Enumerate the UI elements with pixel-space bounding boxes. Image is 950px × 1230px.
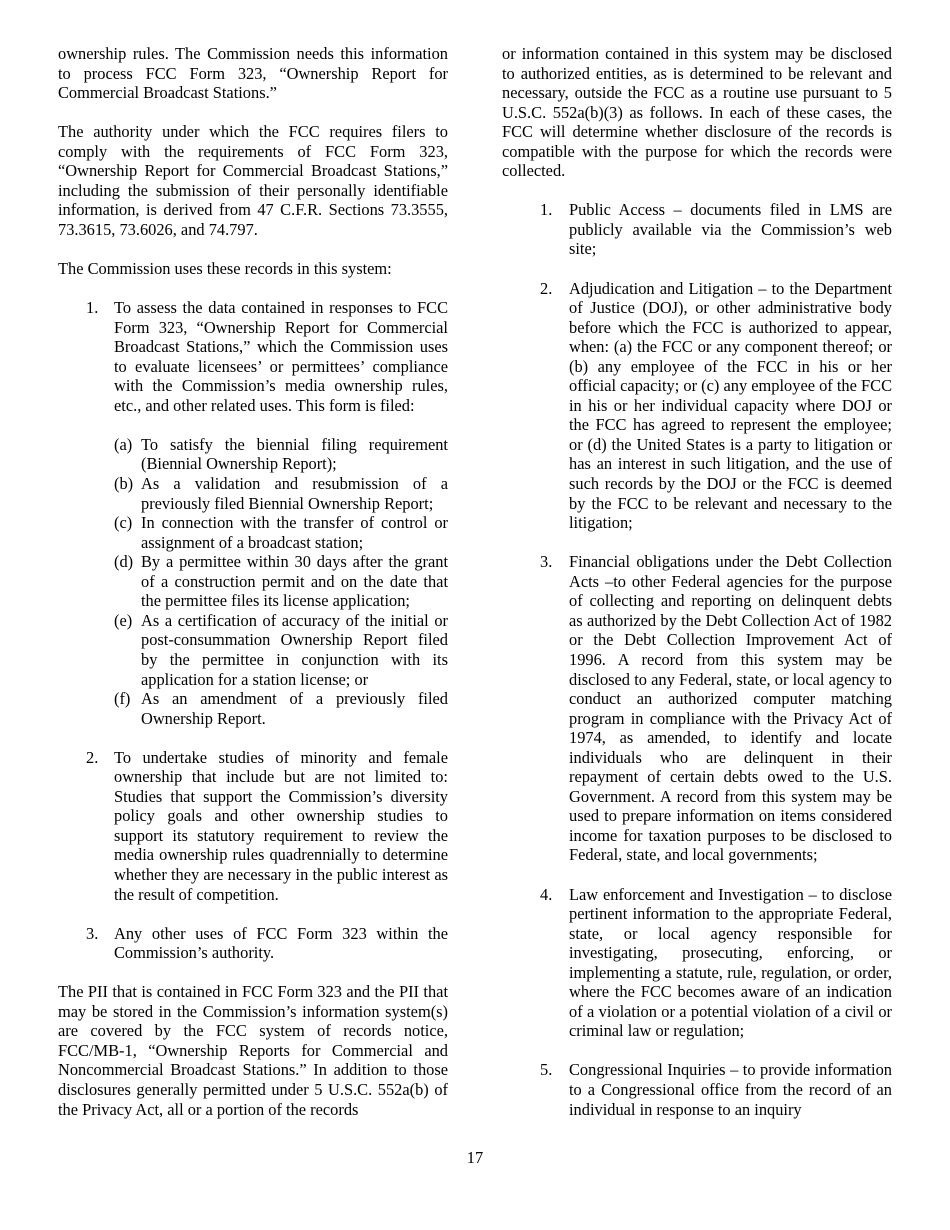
- list-item: (d) By a permittee within 30 days after …: [58, 552, 448, 611]
- two-column-layout: ownership rules. The Commission needs th…: [0, 0, 950, 1139]
- list-item: 3. Financial obligations under the Debt …: [502, 552, 892, 865]
- list-item: (a) To satisfy the biennial filing requi…: [58, 435, 448, 474]
- list-item: 1. To assess the data contained in respo…: [58, 298, 448, 415]
- list-marker: 3.: [86, 924, 114, 963]
- list-text: To undertake studies of minority and fem…: [114, 748, 448, 904]
- list-text: Adjudication and Litigation – to the Dep…: [569, 279, 892, 533]
- list-marker: (a): [114, 435, 141, 474]
- list-marker: 2.: [540, 279, 569, 533]
- list-marker: 3.: [540, 552, 569, 865]
- list-marker: (b): [114, 474, 141, 513]
- list-marker: 1.: [540, 200, 569, 259]
- paragraph: ownership rules. The Commission needs th…: [58, 44, 448, 103]
- list-marker: 1.: [86, 298, 114, 415]
- left-column: ownership rules. The Commission needs th…: [58, 44, 448, 1139]
- list-item: 2. To undertake studies of minority and …: [58, 748, 448, 904]
- list-marker: (d): [114, 552, 141, 611]
- list-text: Financial obligations under the Debt Col…: [569, 552, 892, 865]
- list-text: As a validation and resubmission of a pr…: [141, 474, 448, 513]
- list-item: 1. Public Access – documents filed in LM…: [502, 200, 892, 259]
- list-item: 2. Adjudication and Litigation – to the …: [502, 279, 892, 533]
- list-text: Public Access – documents filed in LMS a…: [569, 200, 892, 259]
- document-page: ownership rules. The Commission needs th…: [0, 0, 950, 1230]
- list-marker: 4.: [540, 885, 569, 1041]
- paragraph: The PII that is contained in FCC Form 32…: [58, 982, 448, 1119]
- list-item: (f) As an amendment of a previously file…: [58, 689, 448, 728]
- list-marker: (f): [114, 689, 141, 728]
- list-text: Congressional Inquiries – to provide inf…: [569, 1060, 892, 1119]
- paragraph: The authority under which the FCC requir…: [58, 122, 448, 239]
- list-text: In connection with the transfer of contr…: [141, 513, 448, 552]
- list-item: 4. Law enforcement and Investigation – t…: [502, 885, 892, 1041]
- list-item: 3. Any other uses of FCC Form 323 within…: [58, 924, 448, 963]
- list-item: 5. Congressional Inquiries – to provide …: [502, 1060, 892, 1119]
- list-marker: (c): [114, 513, 141, 552]
- list-text: By a permittee within 30 days after the …: [141, 552, 448, 611]
- page-number: 17: [0, 1148, 950, 1168]
- list-text: Any other uses of FCC Form 323 within th…: [114, 924, 448, 963]
- paragraph: or information contained in this system …: [502, 44, 892, 181]
- list-item: (c) In connection with the transfer of c…: [58, 513, 448, 552]
- list-item: (b) As a validation and resubmission of …: [58, 474, 448, 513]
- list-text: Law enforcement and Investigation – to d…: [569, 885, 892, 1041]
- sublist: (a) To satisfy the biennial filing requi…: [58, 435, 448, 728]
- right-column: or information contained in this system …: [502, 44, 892, 1139]
- list-text: As a certification of accuracy of the in…: [141, 611, 448, 689]
- paragraph: The Commission uses these records in thi…: [58, 259, 448, 279]
- list-item: (e) As a certification of accuracy of th…: [58, 611, 448, 689]
- list-text: As an amendment of a previously filed Ow…: [141, 689, 448, 728]
- list-marker: 2.: [86, 748, 114, 904]
- list-text: To satisfy the biennial filing requireme…: [141, 435, 448, 474]
- list-marker: 5.: [540, 1060, 569, 1119]
- list-text: To assess the data contained in response…: [114, 298, 448, 415]
- list-marker: (e): [114, 611, 141, 689]
